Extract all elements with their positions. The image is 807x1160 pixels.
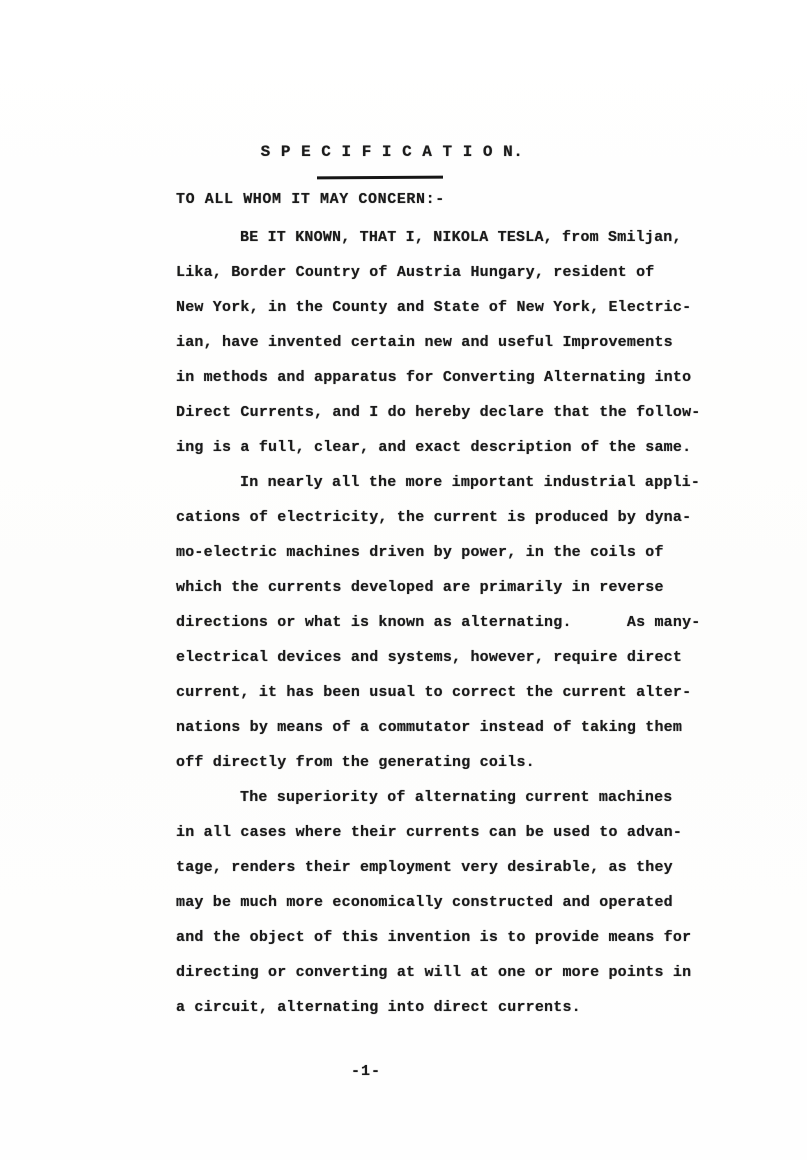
text-line: tage, renders their employment very desi… <box>176 850 736 885</box>
text-line: mo-electric machines driven by power, in… <box>176 535 736 570</box>
text-line: The superiority of alternating current m… <box>176 780 736 815</box>
text-line: ing is a full, clear, and exact descript… <box>176 430 736 465</box>
text-line: In nearly all the more important industr… <box>176 465 736 500</box>
text-line: and the object of this invention is to p… <box>176 920 736 955</box>
text-line: off directly from the generating coils. <box>176 745 736 780</box>
text-line: directing or converting at will at one o… <box>176 955 736 990</box>
text-line: BE IT KNOWN, THAT I, NIKOLA TESLA, from … <box>176 220 736 255</box>
document-title: S P E C I F I C A T I O N. <box>0 143 784 161</box>
text-line: New York, in the County and State of New… <box>176 290 736 325</box>
text-line: electrical devices and systems, however,… <box>176 640 736 675</box>
title-underline-rule <box>317 176 443 180</box>
text-line: a circuit, alternating into direct curre… <box>176 990 736 1025</box>
text-line: may be much more economically constructe… <box>176 885 736 920</box>
salutation-line: TO ALL WHOM IT MAY CONCERN:- <box>176 191 445 208</box>
text-line: directions or what is known as alternati… <box>176 605 736 640</box>
text-line: which the currents developed are primari… <box>176 570 736 605</box>
page-number: -1- <box>351 1063 381 1080</box>
text-line: Direct Currents, and I do hereby declare… <box>176 395 736 430</box>
scanned-page: S P E C I F I C A T I O N. TO ALL WHOM I… <box>0 0 807 1160</box>
body-text: BE IT KNOWN, THAT I, NIKOLA TESLA, from … <box>176 220 736 1025</box>
text-line: current, it has been usual to correct th… <box>176 675 736 710</box>
text-line: nations by means of a commutator instead… <box>176 710 736 745</box>
text-line: in all cases where their currents can be… <box>176 815 736 850</box>
text-line: ian, have invented certain new and usefu… <box>176 325 736 360</box>
text-line: cations of electricity, the current is p… <box>176 500 736 535</box>
text-line: Lika, Border Country of Austria Hungary,… <box>176 255 736 290</box>
text-line: in methods and apparatus for Converting … <box>176 360 736 395</box>
